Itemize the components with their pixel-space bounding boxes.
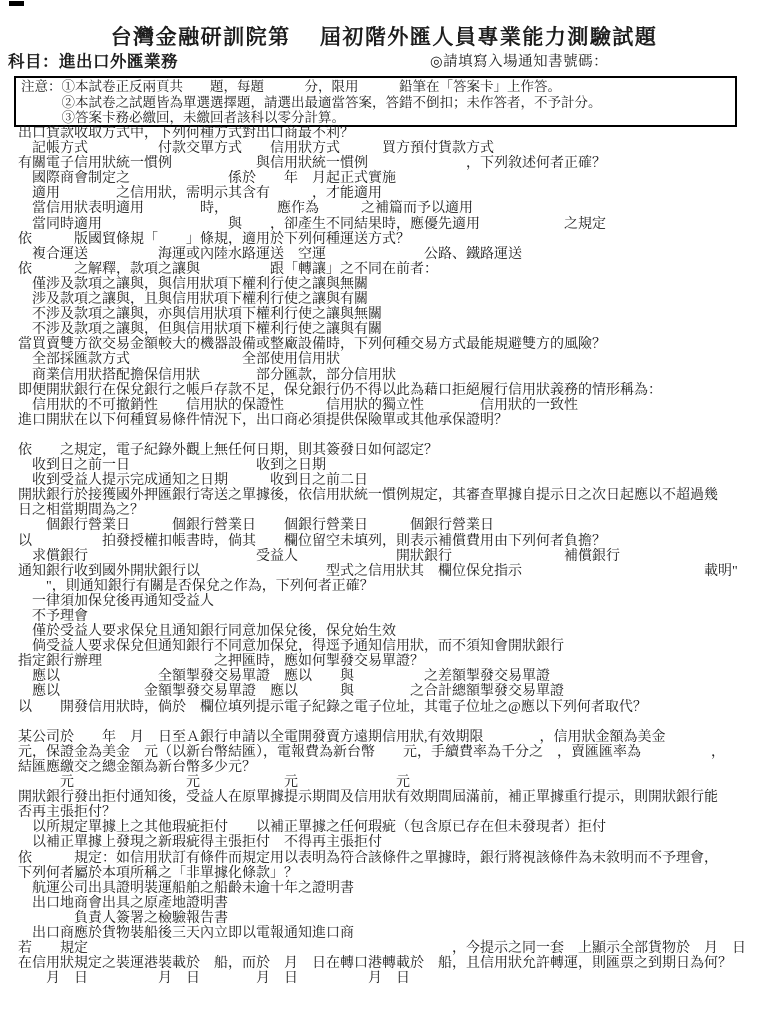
notice-box: 注意：①本試卷正反兩頁共 題，每題 分，限用 鉛筆在「答案卡」上作答。 ②本試卷… [14,76,737,127]
exam-text-line: 信用狀的不可撤銷性 信用狀的保證性 信用狀的獨立性 信用狀的一致性 [18,398,766,413]
exam-text-line: 以 開發信用狀時，倘於 欄位填列提示電子紀錄之電子位址，其電子位址之@應以下列何… [18,700,766,715]
exam-text-line: 不予理會 [18,609,766,624]
notice-line: 注意：①本試卷正反兩頁共 題，每題 分，限用 鉛筆在「答案卡」上作答。 [21,79,730,95]
exam-text-line: 以補正單據上發現之新瑕疵得主張拒付 不得再主張拒付 [18,835,766,850]
exam-text-line: 不涉及款項之讓與，但與信用狀項下權利行使之讓與有關 [18,322,766,337]
exam-text-line: 一律須加保兌後再通知受益人 [18,594,766,609]
exam-text-line: 收到受益人提示完成通知之日期 收到日之前二日 [18,473,766,488]
exam-text-line: 開狀銀行發出拒付通知後，受益人在原單據提示期間及信用狀有效期間屆滿前，補正單據重… [18,790,766,805]
exam-text-line: 否再主張拒付？ [18,805,766,820]
exam-text-line: 某公司於 年 月 日至Ａ銀行申請以全電開發賣方遠期信用狀,有效期限 ，信用狀金額… [18,730,766,745]
exam-paper-page: 台灣金融研訓院第 屆初階外匯人員專業能力測驗試題 科目：進出口外匯業務 ◎請填寫… [0,0,768,1024]
exam-text-line: 元 元 元 元 [18,775,766,790]
exam-text-line: 即便開狀銀行在保兌銀行之帳戶存款不足，保兌銀行仍不得以此為藉口拒絕履行信用狀義務… [18,383,766,398]
exam-text-line: 當信用狀表明適用 時， 應作為 之補篇而予以適用 [18,201,766,216]
exam-text-line: 進口開狀在以下何種貿易條件情況下，出口商必須提供保險單或其他承保證明？ [18,413,766,428]
subject-row: 科目：進出口外匯業務 ◎請填寫入場通知書號碼： [8,48,760,68]
exam-text-line: 月 日 月 日 月 日 月 日 [18,971,766,986]
exam-text-line: 依 之解釋，款項之讓與 跟「轉讓」之不同在前者： [18,262,766,277]
exam-text-line: 負責人簽署之檢驗報告書 [18,911,766,926]
exam-text-line: 應以 全額掣發交易單證 應以 與 之差額掣發交易單證 [18,669,766,684]
exam-text-line: 若 規定 ，今提示之同一套 上顯示全部貨物於 月 日 [18,941,766,956]
exam-text-line [18,428,766,443]
exam-text-line: 有關電子信用狀統一慣例 與信用狀統一慣例 ，下列敘述何者正確？ [18,156,766,171]
exam-text-line: 以所規定單據上之其他瑕疵拒付 以補正單據之任何瑕疵（包含原已存在但未發現者）拒付 [18,820,766,835]
exam-text-line: 結匯應繳交之總金額為新台幣多少元？ [18,760,766,775]
exam-text-line: 依 版國貿條規「 」條規，適用於下列何種運送方式？ [18,232,766,247]
exam-body: 出口貨款收取方式中，下列何種方式對出口商最不利？ 記帳方式 付款交單方式 信用狀… [18,126,766,986]
exam-text-line: 下列何者屬於本項所稱之「非單據化條款」？ [18,866,766,881]
exam-text-line: 日之相當期間為之？ [18,503,766,518]
scan-artifact-mark [9,1,24,6]
exam-text-line: 個銀行營業日 個銀行營業日 個銀行營業日 個銀行營業日 [18,518,766,533]
exam-text-line: 倘受益人要求保兌但通知銀行不同意加保兌，得逕予通知信用狀，而不須知會開狀銀行 [18,639,766,654]
exam-text-line: 商業信用狀搭配擔保信用狀 部分匯款，部分信用狀 [18,368,766,383]
notice-line: ③答案卡務必繳回，未繳回者該科以零分計算。 [21,110,730,126]
exam-text-line: 不涉及款項之讓與，亦與信用狀項下權利行使之讓與無關 [18,307,766,322]
exam-text-line: 應以 金額掣發交易單證 應以 與 之合計總額掣發交易單證 [18,684,766,699]
exam-text-line: 元，保證金為美金 元（以新台幣結匯），電報費為新台幣 元，手續費率為千分之 ，賣… [18,745,766,760]
exam-text-line: 以 拍發授權扣帳書時，倘其 欄位留空未填列，則表示補償費用由下列何者負擔？ [18,534,766,549]
exam-text-line: 複合運送 海運或內陸水路運送 空運 公路、鐵路運送 [18,247,766,262]
exam-text-line: 出口地商會出具之原產地證明書 [18,896,766,911]
exam-text-line: 國際商會制定之 係於 年 月起正式實施 [18,171,766,186]
exam-text-line: "，則通知銀行有關是否保兌之作為，下列何者正確？ [18,579,766,594]
exam-text-line: 通知銀行收到國外開狀銀行以 型式之信用狀其 欄位保兌指示 載明" [18,564,766,579]
exam-text-line: 開狀銀行於接獲國外押匯銀行寄送之單據後，依信用狀統一慣例規定，其審查單據自提示日… [18,488,766,503]
exam-text-line: 涉及款項之讓與，且與信用狀項下權利行使之讓與有關 [18,292,766,307]
exam-text-line: 航運公司出具證明裝運船舶之船齡未逾十年之證明書 [18,881,766,896]
exam-text-line: 出口貨款收取方式中，下列何種方式對出口商最不利？ [18,126,766,141]
exam-text-line: 適用 之信用狀，需明示其含有 ，才能適用 [18,186,766,201]
exam-text-line: 在信用狀規定之裝運港裝載於 船，而於 月 日在轉口港轉載於 船，且信用狀允許轉運… [18,956,766,971]
exam-text-line: 依 規定：如信用狀訂有條件而規定用以表明為符合該條件之單據時，銀行將視該條件為未… [18,851,766,866]
exam-text-line: 全部採匯款方式 全部使用信用狀 [18,352,766,367]
notice-line: ②本試卷之試題皆為單選選擇題，請選出最適當答案，答錯不倒扣；未作答者，不予計分。 [21,95,730,111]
exam-text-line: 當同時適用 與 ，卻產生不同結果時，應優先適用 之規定 [18,217,766,232]
exam-text-line: 記帳方式 付款交單方式 信用狀方式 買方預付貨款方式 [18,141,766,156]
admission-number-label: ◎請填寫入場通知書號碼： [430,50,608,71]
exam-text-line [18,715,766,730]
exam-text-line: 當買賣雙方欲交易金額較大的機器設備或整廠設備時，下列何種交易方式最能規避雙方的風… [18,337,766,352]
exam-text-line: 求償銀行 受益人 開狀銀行 補償銀行 [18,549,766,564]
exam-text-line: 收到日之前一日 收到之日期 [18,458,766,473]
subject-title: 科目：進出口外匯業務 [8,48,178,72]
exam-text-line: 出口商應於貨物裝船後三天內立即以電報通知進口商 [18,926,766,941]
exam-text-line: 依 之規定，電子紀錄外觀上無任何日期，則其簽發日如何認定？ [18,443,766,458]
exam-text-line: 僅涉及款項之讓與，與信用狀項下權利行使之讓與無關 [18,277,766,292]
exam-title: 台灣金融研訓院第 屆初階外匯人員專業能力測驗試題 [0,21,768,51]
exam-text-line: 僅於受益人要求保兌且通知銀行同意加保兌後，保兌始生效 [18,624,766,639]
exam-text-line: 指定銀行辦理 之押匯時，應如何掣發交易單證？ [18,654,766,669]
